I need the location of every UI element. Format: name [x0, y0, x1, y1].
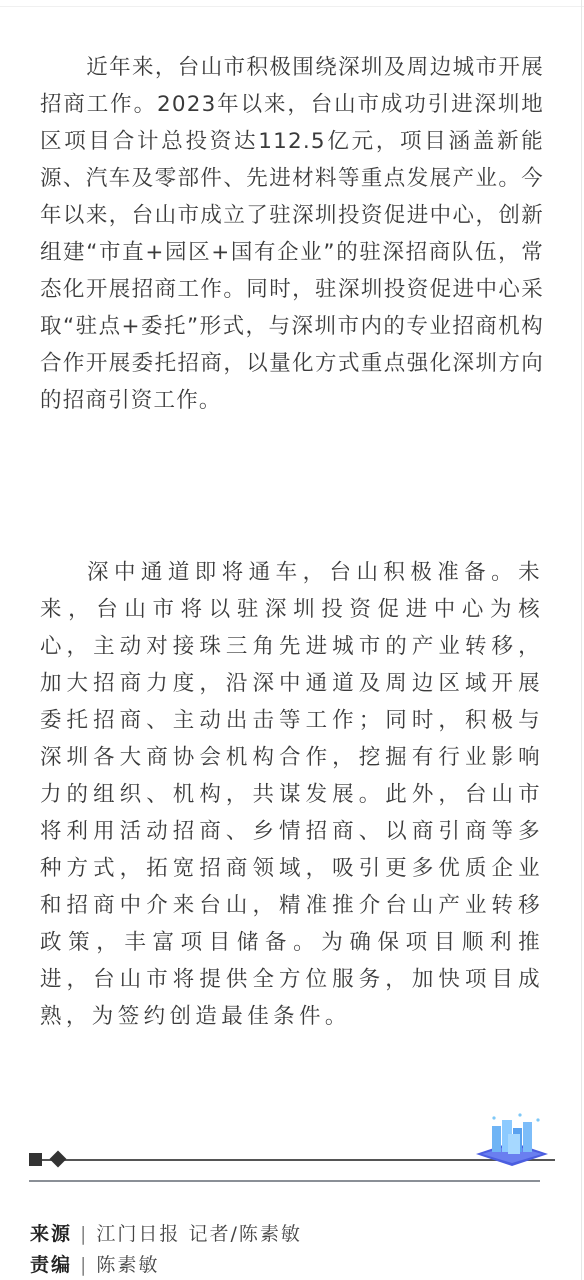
article-paragraph-2: 深中通道即将通车，台山积极准备。未来，台山市将以驻深圳投资促进中心为核心，主动对… [40, 554, 544, 1035]
city-buildings-icon [472, 1112, 552, 1168]
article-paragraph-1: 近年来，台山市积极围绕深圳及周边城市开展招商工作。2023年以来，台山市成功引进… [40, 49, 544, 419]
paragraph-text: 近年来，台山市积极围绕深圳及周边城市开展招商工作。2023年以来，台山市成功引进… [40, 55, 544, 413]
square-bullet-icon [29, 1153, 42, 1166]
separator: | [80, 1223, 88, 1245]
paragraph-text: 深中通道即将通车，台山积极准备。未来，台山市将以驻深圳投资促进中心为核心，主动对… [40, 560, 544, 1029]
separator: | [80, 1254, 88, 1276]
credit-source: 来源|江门日报 记者/陈素敏 [30, 1219, 302, 1246]
credit-editor: 责编|陈素敏 [30, 1250, 159, 1277]
source-label: 来源 [30, 1223, 72, 1245]
top-divider [0, 6, 584, 7]
scrollbar-track [581, 0, 582, 1280]
section-divider-line-2 [29, 1180, 540, 1182]
editor-label: 责编 [30, 1254, 72, 1276]
diamond-bullet-icon [50, 1151, 67, 1168]
source-value: 江门日报 记者/陈素敏 [96, 1223, 301, 1245]
editor-value: 陈素敏 [96, 1254, 159, 1276]
